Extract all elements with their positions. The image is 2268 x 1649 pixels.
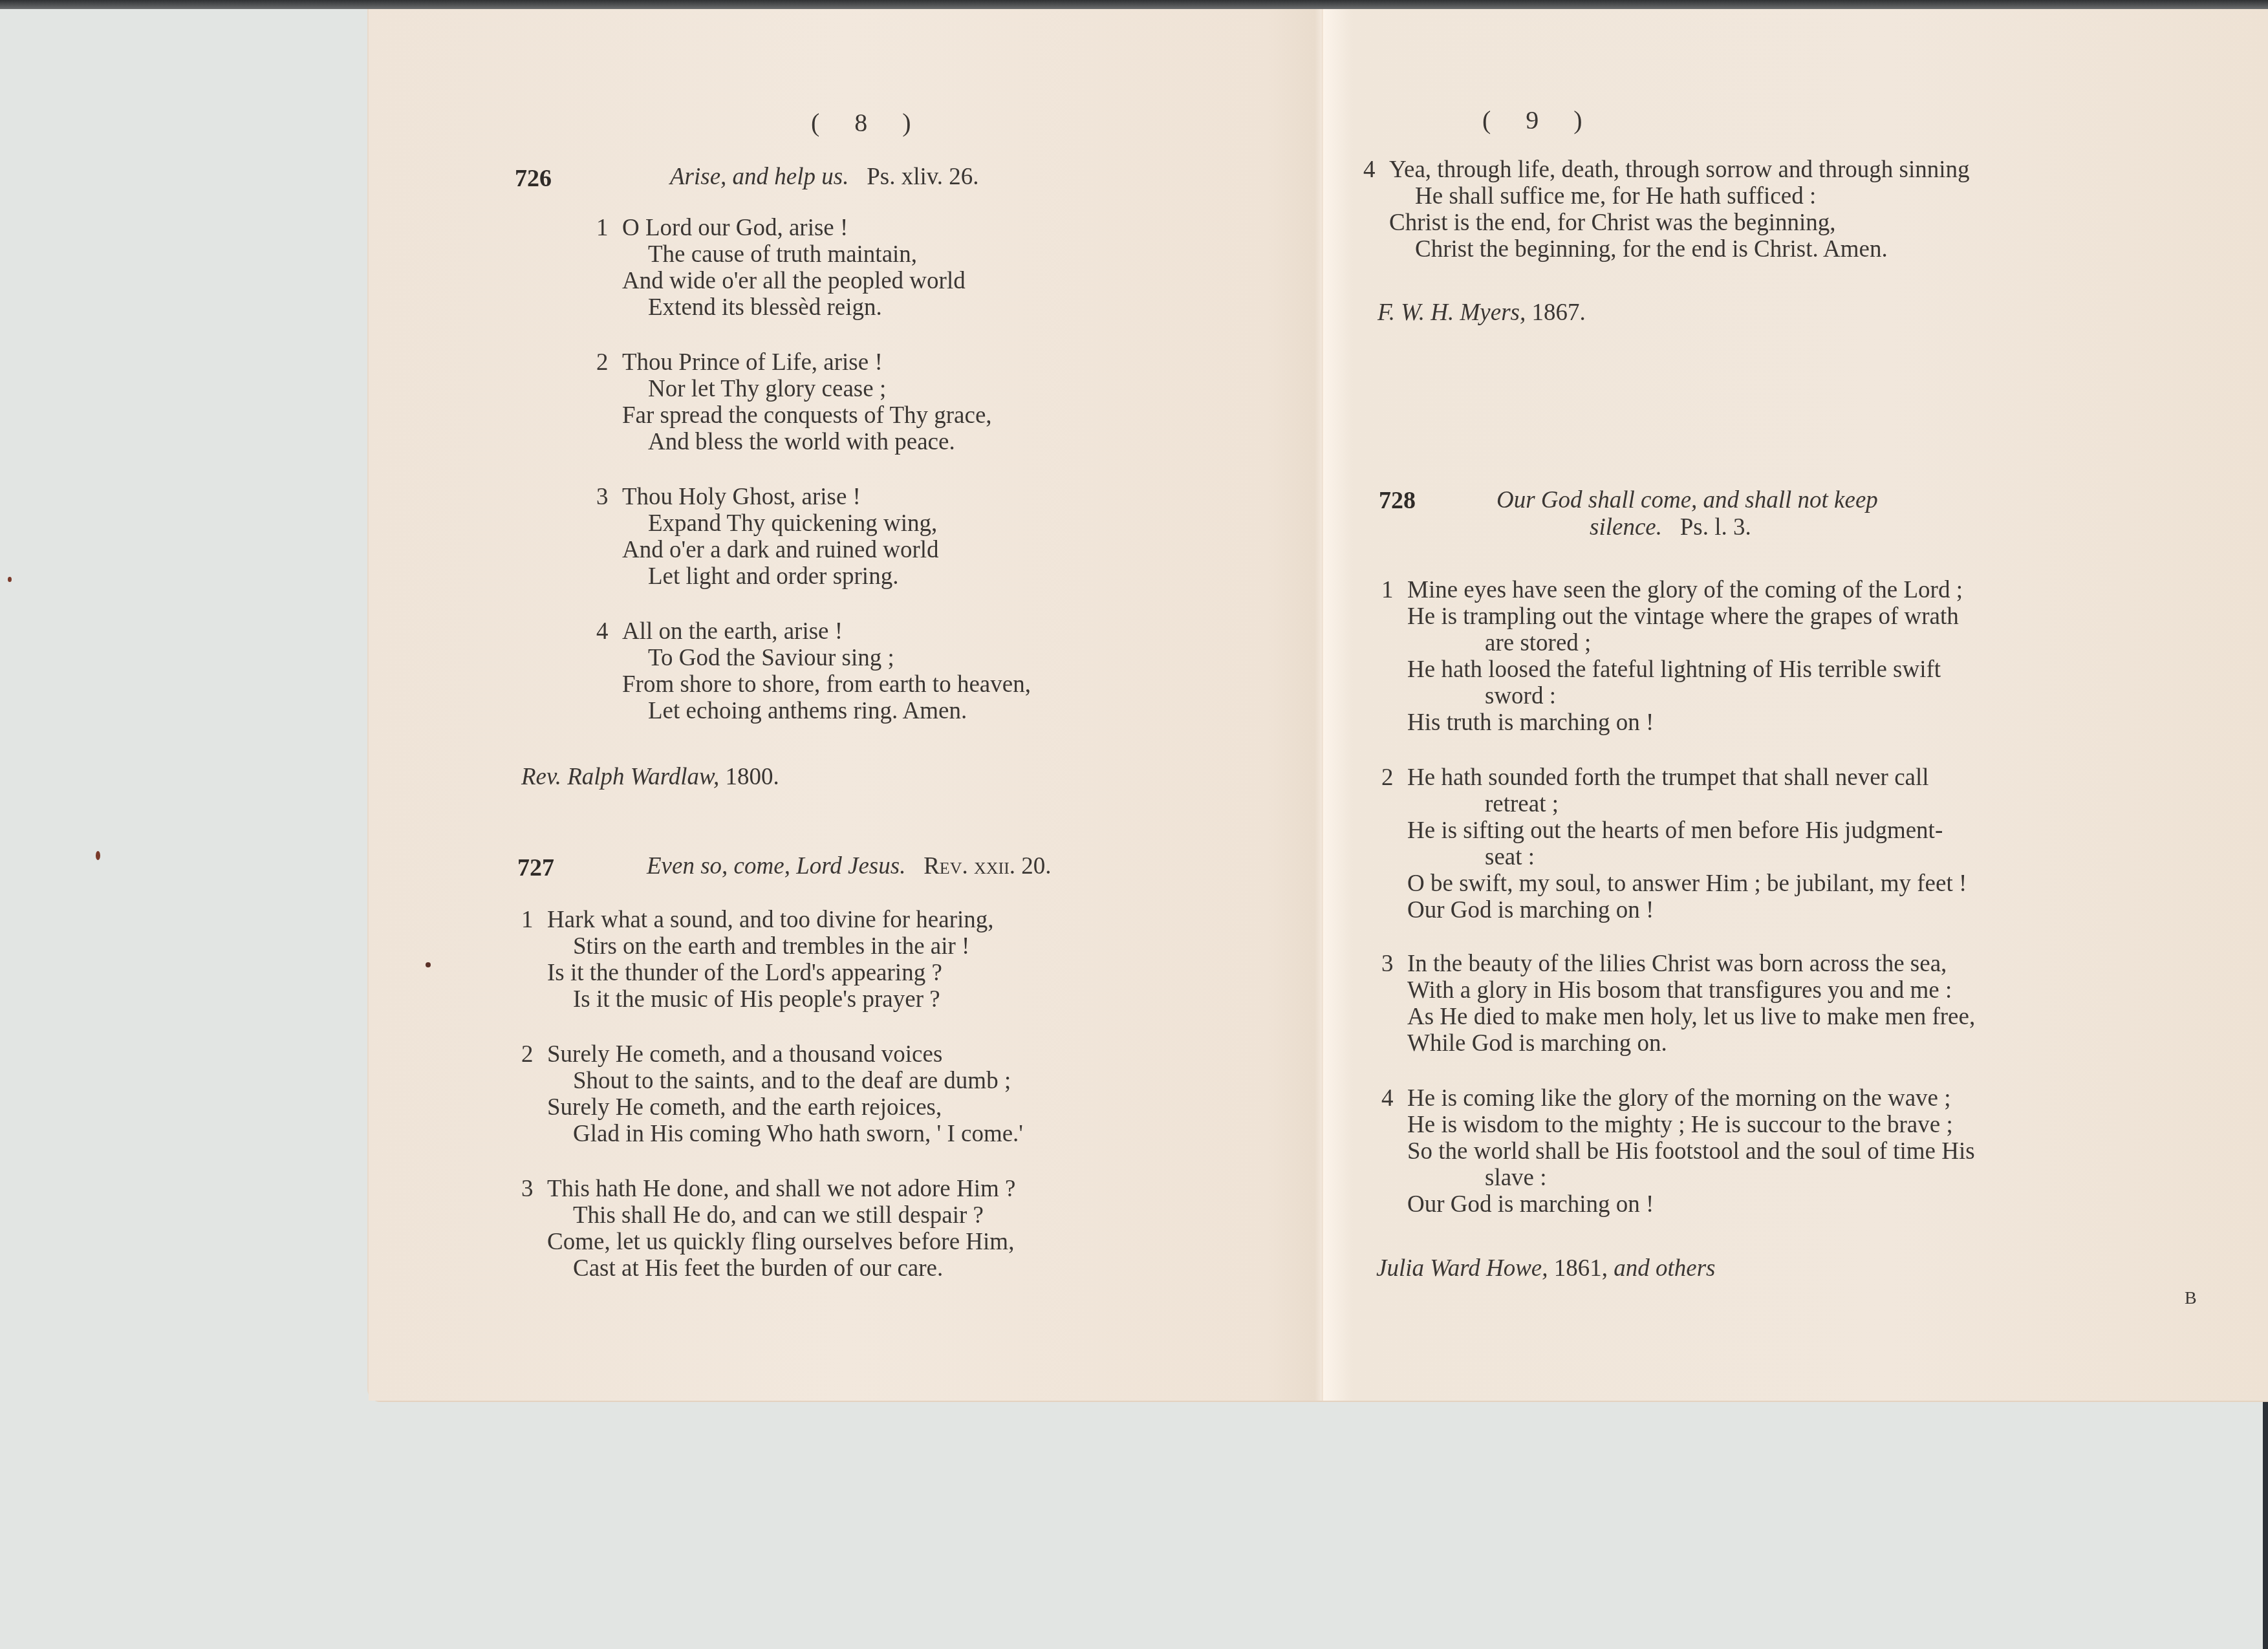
hymn-title-line-1: Our God shall come, and shall not keep bbox=[1496, 486, 1878, 514]
verse-number: 4 bbox=[1363, 156, 1376, 183]
verse-1: 1 Mine eyes have seen the glory of the c… bbox=[1407, 577, 1963, 736]
author-name: Rev. Ralph Wardlaw, bbox=[521, 764, 719, 790]
verse-line: Hark what a sound, and too divine for he… bbox=[547, 907, 993, 933]
verse-line: He is trampling out the vintage where th… bbox=[1407, 603, 1963, 630]
verse-line: Stirs on the earth and trembles in the a… bbox=[547, 933, 993, 960]
verse-line: are stored ; bbox=[1407, 630, 1963, 656]
verse-2: 2 He hath sounded forth the trumpet that… bbox=[1407, 764, 1967, 923]
verse-line: Shout to the saints, and to the deaf are… bbox=[547, 1068, 1023, 1094]
verse-line: And wide o'er all the peopled world bbox=[622, 268, 966, 294]
speck bbox=[426, 962, 431, 967]
verse-number: 1 bbox=[596, 215, 609, 241]
verse-line: This shall He do, and can we still despa… bbox=[547, 1202, 1015, 1229]
verse-line: seat : bbox=[1407, 844, 1967, 870]
verse-line: slave : bbox=[1407, 1165, 1975, 1191]
verse-line: Expand Thy quickening wing, bbox=[622, 510, 939, 537]
verse-number: 3 bbox=[1381, 951, 1394, 977]
verse-number: 4 bbox=[1381, 1085, 1394, 1112]
verse-line: And bless the world with peace. bbox=[622, 429, 992, 455]
verse-1: 1 Hark what a sound, and too divine for … bbox=[547, 907, 993, 1013]
verse-line: Christ the beginning, for the end is Chr… bbox=[1389, 236, 1970, 263]
verse-line: Let light and order spring. bbox=[622, 563, 939, 590]
folio: ( 8 ) bbox=[811, 107, 925, 138]
verse-line: Is it the thunder of the Lord's appearin… bbox=[547, 960, 993, 986]
author-year: 1867. bbox=[1531, 299, 1585, 326]
verse-line: Extend its blessèd reign. bbox=[622, 294, 966, 321]
folio: ( 9 ) bbox=[1482, 105, 1597, 135]
verse-line: Our God is marching on ! bbox=[1407, 1191, 1975, 1218]
verse-line: O be swift, my soul, to answer Him ; be … bbox=[1407, 870, 1967, 897]
verse-line: In the beauty of the lilies Christ was b… bbox=[1407, 951, 1975, 977]
verse-line: He is wisdom to the mighty ; He is succo… bbox=[1407, 1112, 1975, 1138]
verse-line: Thou Prince of Life, arise ! bbox=[622, 349, 992, 376]
verse-line: He is coming like the glory of the morni… bbox=[1407, 1085, 1975, 1112]
author-suffix: and others bbox=[1614, 1255, 1715, 1282]
scanner-edge-right bbox=[2263, 1381, 2268, 1649]
hymn-author: Rev. Ralph Wardlaw, 1800. bbox=[521, 763, 779, 791]
verse-line: And o'er a dark and ruined world bbox=[622, 537, 939, 563]
verse-line: Thou Holy Ghost, arise ! bbox=[622, 484, 939, 510]
speck bbox=[8, 577, 12, 582]
continued-verse-4: 4 Yea, through life, death, through sorr… bbox=[1389, 156, 1970, 263]
verse-line: From shore to shore, from earth to heave… bbox=[622, 671, 1031, 698]
scripture-reference: Ps. l. 3. bbox=[1680, 514, 1751, 541]
verse-line: Far spread the conquests of Thy grace, bbox=[622, 402, 992, 429]
page-8: ( 8 ) 726 Arise, and help us. Ps. xliv. … bbox=[369, 9, 1324, 1401]
verse-4: 4 All on the earth, arise ! To God the S… bbox=[622, 618, 1031, 724]
speck bbox=[96, 851, 100, 860]
verse-line: He is sifting out the hearts of men befo… bbox=[1407, 817, 1967, 844]
verse-line: His truth is marching on ! bbox=[1407, 709, 1963, 736]
verse-line: He hath sounded forth the trumpet that s… bbox=[1407, 764, 1967, 791]
verse-3: 3 Thou Holy Ghost, arise ! Expand Thy qu… bbox=[622, 484, 939, 590]
verse-line: Glad in His coming Who hath sworn, ' I c… bbox=[547, 1121, 1023, 1147]
verse-number: 4 bbox=[596, 618, 609, 645]
verse-number: 1 bbox=[521, 907, 534, 933]
verse-line: The cause of truth maintain, bbox=[622, 241, 966, 268]
verse-2: 2 Thou Prince of Life, arise ! Nor let T… bbox=[622, 349, 992, 455]
verse-3: 3 This hath He done, and shall we not ad… bbox=[547, 1176, 1015, 1282]
author-year: 1861, bbox=[1554, 1255, 1608, 1282]
verse-line: Is it the music of His people's prayer ? bbox=[547, 986, 993, 1013]
verse-number: 3 bbox=[596, 484, 609, 510]
author-name: F. W. H. Myers, bbox=[1377, 299, 1526, 326]
page-9: ( 9 ) 4 Yea, through life, death, throug… bbox=[1324, 9, 2268, 1401]
hymn-title-text: silence. bbox=[1590, 514, 1662, 541]
verse-line: This hath He done, and shall we not ador… bbox=[547, 1176, 1015, 1202]
verse-1: 1 O Lord our God, arise ! The cause of t… bbox=[622, 215, 966, 321]
hymn-author: F. W. H. Myers, 1867. bbox=[1377, 299, 1586, 327]
verse-line: All on the earth, arise ! bbox=[622, 618, 1031, 645]
verse-line: Our God is marching on ! bbox=[1407, 897, 1967, 923]
verse-line: O Lord our God, arise ! bbox=[622, 215, 966, 241]
verse-line: Come, let us quickly fling ourselves bef… bbox=[547, 1229, 1015, 1255]
verse-4: 4 He is coming like the glory of the mor… bbox=[1407, 1085, 1975, 1218]
verse-number: 2 bbox=[596, 349, 609, 376]
verse-line: Christ is the end, for Christ was the be… bbox=[1389, 210, 1970, 236]
hymn-title: Arise, and help us. Ps. xliv. 26. bbox=[670, 163, 979, 191]
verse-line: Surely He cometh, and a thousand voices bbox=[547, 1041, 1023, 1068]
verse-line: Surely He cometh, and the earth rejoices… bbox=[547, 1094, 1023, 1121]
verse-line: While God is marching on. bbox=[1407, 1030, 1975, 1057]
verse-line: With a glory in His bosom that transfigu… bbox=[1407, 977, 1975, 1004]
verse-line: Mine eyes have seen the glory of the com… bbox=[1407, 577, 1963, 603]
verse-number: 2 bbox=[1381, 764, 1394, 791]
scripture-reference: Rev. xxii. 20. bbox=[923, 853, 1051, 879]
verse-line: He shall suffice me, for He hath suffice… bbox=[1389, 183, 1970, 210]
verse-line: Yea, through life, death, through sorrow… bbox=[1389, 156, 1970, 183]
verse-line: Let echoing anthems ring. Amen. bbox=[622, 698, 1031, 724]
verse-2: 2 Surely He cometh, and a thousand voice… bbox=[547, 1041, 1023, 1147]
verse-line: Cast at His feet the burden of our care. bbox=[547, 1255, 1015, 1282]
verse-line: So the world shall be His footstool and … bbox=[1407, 1138, 1975, 1165]
verse-number: 2 bbox=[521, 1041, 534, 1068]
hymn-title-text: Our God shall come, and shall not keep bbox=[1496, 487, 1878, 513]
author-name: Julia Ward Howe, bbox=[1376, 1255, 1548, 1282]
verse-line: He hath loosed the fateful lightning of … bbox=[1407, 656, 1963, 683]
hymn-number: 727 bbox=[517, 854, 554, 882]
hymn-title-line-2: silence. Ps. l. 3. bbox=[1590, 513, 1751, 541]
booklet-spread: ( 8 ) 726 Arise, and help us. Ps. xliv. … bbox=[369, 9, 2268, 1401]
signature-mark: B bbox=[2185, 1288, 2197, 1309]
verse-number: 3 bbox=[521, 1176, 534, 1202]
scripture-reference: Ps. xliv. 26. bbox=[867, 164, 978, 190]
hymn-title: Even so, come, Lord Jesus. Rev. xxii. 20… bbox=[647, 852, 1052, 880]
hymn-title-text: Arise, and help us. bbox=[670, 164, 848, 190]
verse-3: 3 In the beauty of the lilies Christ was… bbox=[1407, 951, 1975, 1057]
hymn-number: 728 bbox=[1379, 486, 1416, 515]
verse-line: retreat ; bbox=[1407, 791, 1967, 817]
author-year: 1800. bbox=[726, 764, 779, 790]
scanner-edge bbox=[0, 0, 2268, 9]
verse-number: 1 bbox=[1381, 577, 1394, 603]
hymn-author: Julia Ward Howe, 1861, and others bbox=[1376, 1255, 1716, 1282]
verse-line: To God the Saviour sing ; bbox=[622, 645, 1031, 671]
hymn-title-text: Even so, come, Lord Jesus. bbox=[647, 853, 905, 879]
hymn-number: 726 bbox=[515, 164, 552, 193]
verse-line: Nor let Thy glory cease ; bbox=[622, 376, 992, 402]
verse-line: sword : bbox=[1407, 683, 1963, 709]
verse-line: As He died to make men holy, let us live… bbox=[1407, 1004, 1975, 1030]
